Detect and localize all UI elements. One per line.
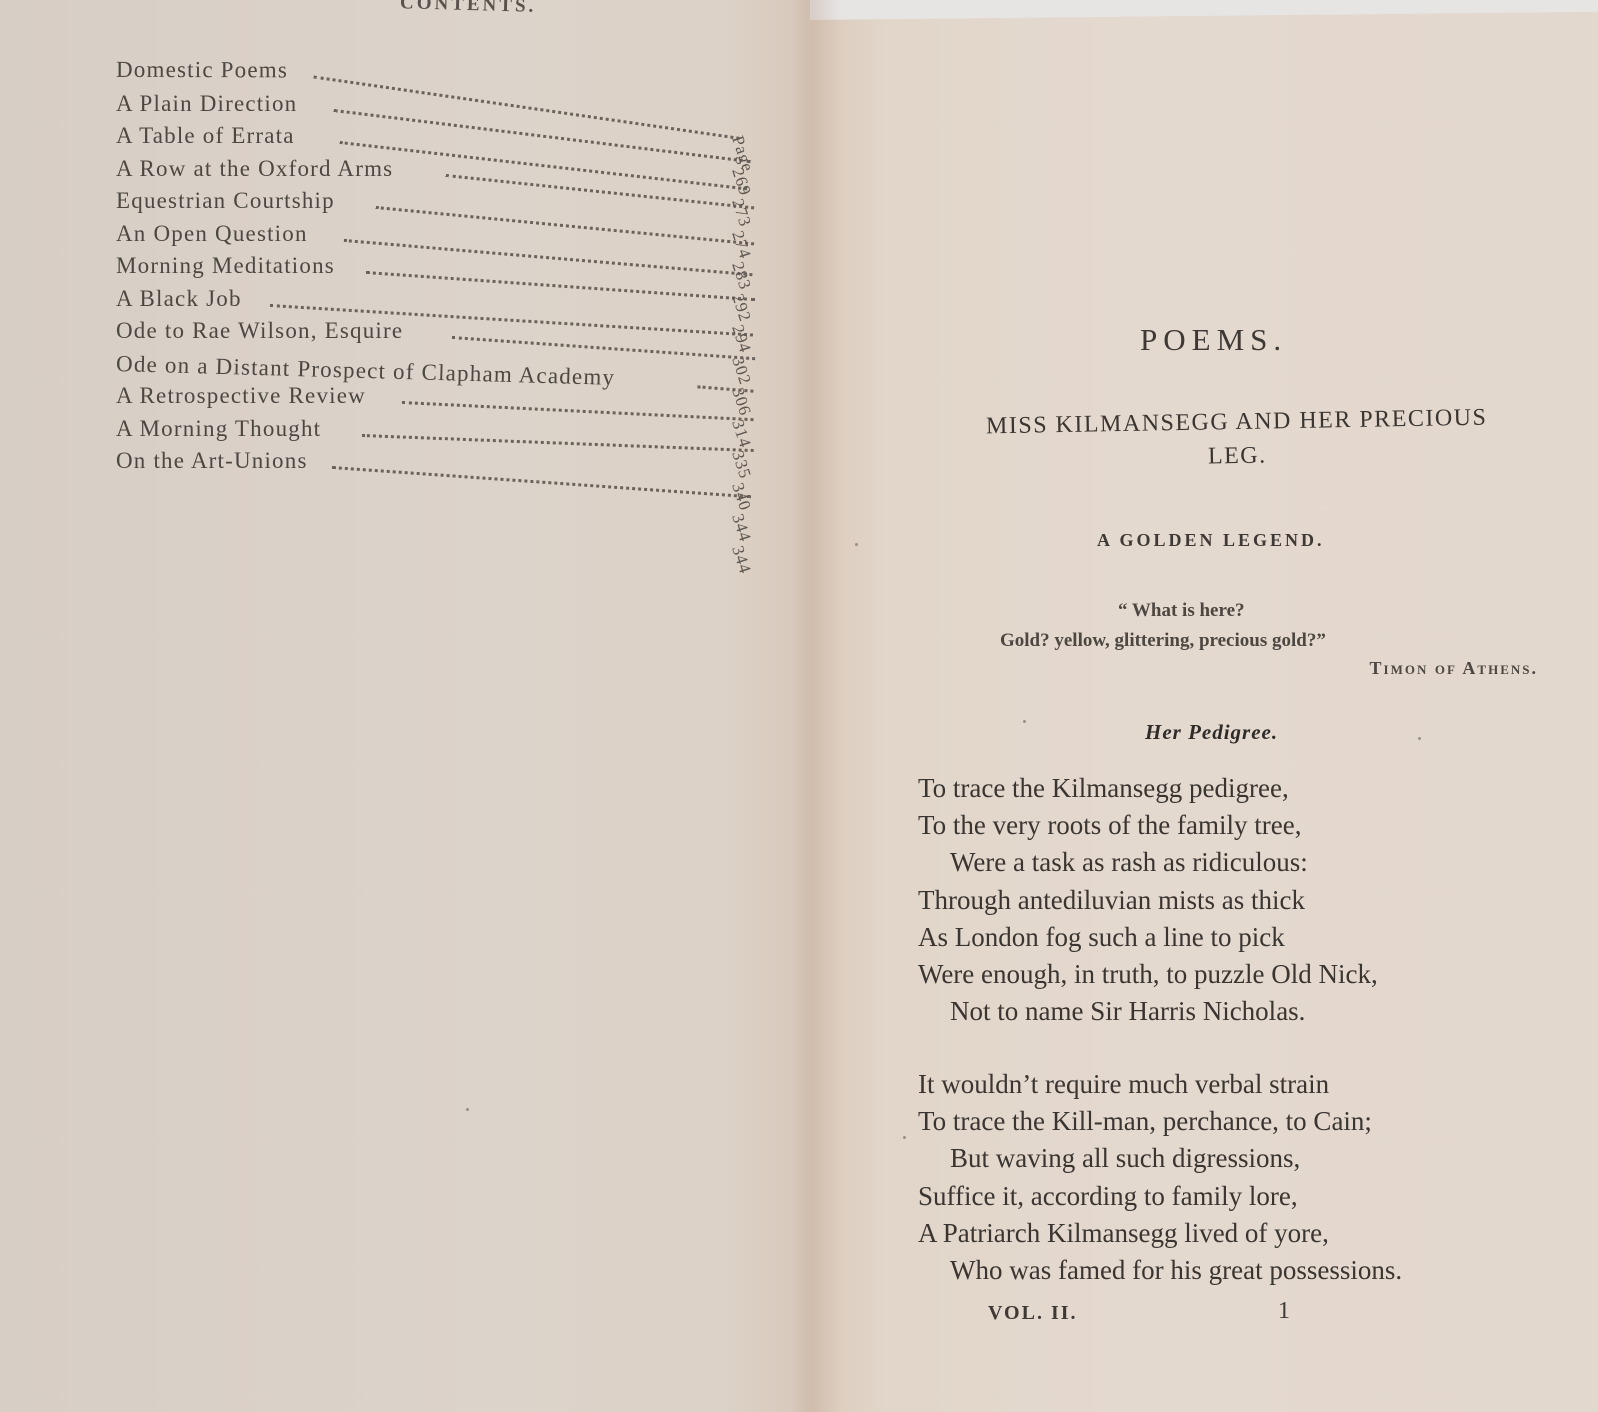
verse-line: Not to name Sir Harris Nicholas. (918, 993, 1568, 1030)
epigraph-line: “ What is here? (1000, 596, 1560, 626)
toc-entry-title: On the Art-Unions (116, 448, 308, 473)
toc-entry-title: A Row at the Oxford Arms (116, 156, 393, 181)
toc-entry-title: Morning Meditations (116, 253, 335, 278)
toc-entry: Ode to Rae Wilson, Esquire (116, 318, 796, 351)
epigraph: “ What is here? Gold? yellow, glittering… (1000, 596, 1560, 680)
verse-line: To the very roots of the family tree, (918, 807, 1568, 844)
toc-entry-title: An Open Question (116, 221, 308, 246)
toc-entry-title: A Black Job (116, 286, 242, 311)
verse-line: Suffice it, according to family lore, (918, 1178, 1568, 1215)
toc-entry: An Open Question (116, 221, 796, 254)
toc-entry-title: A Morning Thought (116, 416, 321, 441)
open-book-spread: CONTENTS. Domestic Poems A Plain Directi… (0, 0, 1598, 1412)
stanza: It wouldn’t require much verbal strain T… (918, 1066, 1568, 1289)
book-gutter (790, 0, 840, 1412)
verse-line: Were a task as rash as ridiculous: (918, 844, 1568, 881)
paper-speck (1023, 720, 1026, 723)
verse-line: To trace the Kilmansegg pedigree, (918, 770, 1568, 807)
poem-title: MISS KILMANSEGG AND HER PRECIOUS LEG. (911, 399, 1562, 478)
toc-entry: On the Art-Unions (116, 448, 796, 481)
verse-line: Through antediluvian mists as thick (918, 882, 1568, 919)
page-number: 1 (1278, 1298, 1290, 1325)
verse-line: It wouldn’t require much verbal strain (918, 1066, 1568, 1103)
verse-line: As London fog such a line to pick (918, 919, 1568, 956)
paper-speck (903, 1136, 906, 1139)
page-heading: POEMS. (1140, 322, 1287, 358)
toc-entry: Equestrian Courtship (116, 188, 796, 221)
toc-entry-title: Ode to Rae Wilson, Esquire (116, 318, 403, 343)
toc-entry: Domestic Poems (116, 57, 796, 92)
stanza: To trace the Kilmansegg pedigree, To the… (918, 770, 1568, 1030)
volume-signature: VOL. II. (988, 1302, 1078, 1324)
toc-entry-title: A Retrospective Review (116, 383, 366, 408)
epigraph-attribution: Timon of Athens. (1000, 656, 1560, 680)
leader-dots (452, 332, 756, 360)
verse-line: Were enough, in truth, to puzzle Old Nic… (918, 956, 1568, 993)
toc-entry: A Black Job (116, 286, 796, 319)
toc-entry: A Morning Thought (116, 416, 796, 449)
paper-speck (466, 1108, 469, 1111)
paper-speck (1418, 737, 1421, 740)
toc-entry: A Row at the Oxford Arms (116, 156, 796, 189)
toc-entry: Morning Meditations (116, 253, 796, 286)
toc-entry-title: Domestic Poems (116, 57, 288, 83)
toc-entry: A Retrospective Review (116, 383, 796, 416)
toc-entry: A Table of Errata (116, 123, 796, 156)
toc-page-column: Page 269 273 274 283 292 294 302 306 314… (742, 120, 782, 561)
paper-speck (855, 543, 858, 546)
verse-line: Who was famed for his great possessions. (918, 1252, 1568, 1289)
toc-entry: A Plain Direction (116, 91, 796, 124)
epigraph-line: Gold? yellow, glittering, precious gold?… (1000, 626, 1560, 656)
verse-line: To trace the Kill-man, perchance, to Cai… (918, 1103, 1568, 1140)
toc-entry-title: Equestrian Courtship (116, 188, 335, 213)
verse-line: But waving all such digressions, (918, 1140, 1568, 1177)
table-of-contents: Domestic Poems A Plain Direction A Table… (116, 58, 796, 481)
section-heading: Her Pedigree. (1145, 720, 1278, 745)
verse-line: A Patriarch Kilmansegg lived of yore, (918, 1215, 1568, 1252)
poem-subtitle: A GOLDEN LEGEND. (1097, 530, 1325, 551)
toc-entry-title: A Plain Direction (116, 91, 297, 116)
toc-entry-title: A Table of Errata (116, 123, 295, 148)
page-footer: VOL. II. 1 (988, 1302, 1308, 1325)
